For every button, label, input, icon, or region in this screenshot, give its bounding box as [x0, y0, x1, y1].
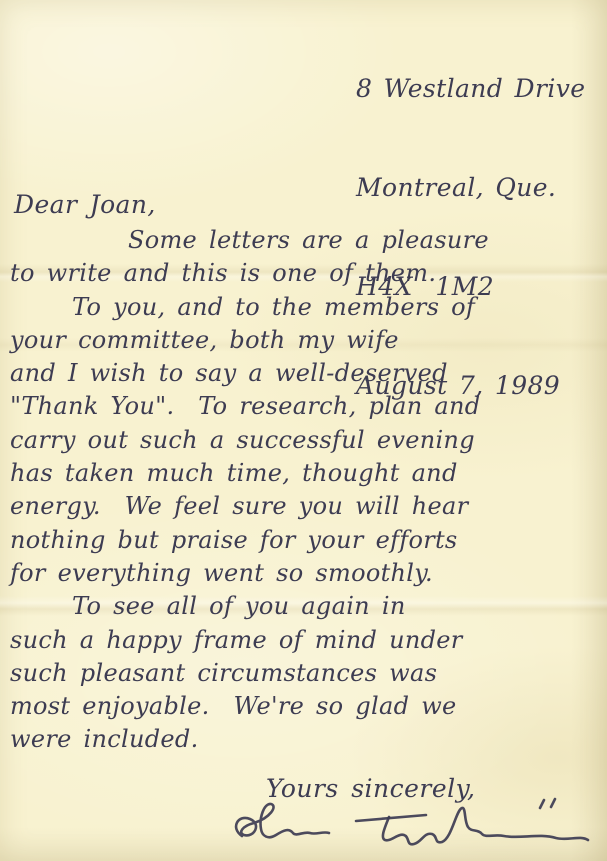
letter-line: such a happy frame of mind under: [10, 624, 596, 657]
letter-line: To see all of you again in: [10, 590, 596, 623]
letter-line: has taken much time, thought and: [10, 457, 596, 490]
letter-line: to write and this is one of them.: [10, 257, 596, 290]
letter-line: most enjoyable. We're so glad we: [10, 690, 596, 723]
letter-line: nothing but praise for your efforts: [10, 524, 596, 557]
letter-paper: 8 Westland Drive Montreal, Que. H4X 1M2 …: [0, 0, 607, 861]
letter-line: for everything went so smoothly.: [10, 557, 596, 590]
letter-line: Some letters are a pleasure: [10, 224, 596, 257]
sender-address-line2: Montreal, Que.: [356, 171, 585, 204]
letter-line: energy. We feel sure you will hear: [10, 490, 596, 523]
signature-icon: [226, 794, 598, 860]
letter-line: and I wish to say a well-deserved: [10, 357, 596, 390]
salutation: Dear Joan,: [14, 190, 156, 219]
letter-line: your committee, both my wife: [10, 324, 596, 357]
letter-line: "Thank You". To research, plan and: [10, 390, 596, 423]
letter-line: carry out such a successful evening: [10, 424, 596, 457]
letter-line: To you, and to the members of: [10, 291, 596, 324]
signature: [226, 794, 598, 860]
letter-line: were included.: [10, 723, 596, 756]
sender-address-line1: 8 Westland Drive: [356, 72, 585, 105]
letter-body: Some letters are a pleasureto write and …: [10, 224, 596, 757]
letter-line: such pleasant circumstances was: [10, 657, 596, 690]
